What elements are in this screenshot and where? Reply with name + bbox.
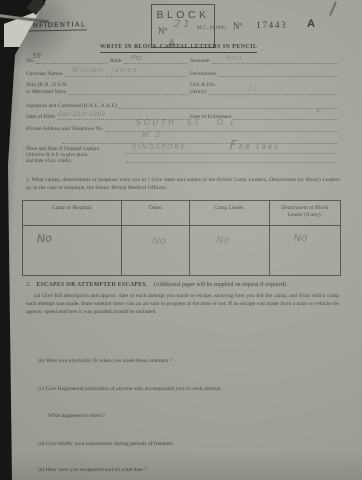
handwritten-christian-names: William James: [72, 66, 137, 74]
table-cell-camp-leader: No: [189, 226, 268, 275]
address-field-line2: [62, 137, 338, 144]
serial-no-label: Nº: [233, 21, 242, 31]
col-header-camp-leader: Camp Leader.: [189, 201, 268, 226]
handwritten-no: No: [152, 235, 166, 248]
handwritten-address-line1: SOUTH ST O L: [136, 118, 238, 127]
col-header-detachment-leader: Detachment or Block Leader (if any).: [269, 201, 340, 226]
section-2-heading: 2.ESCAPES OR ATTEMPTED ESCAPES.(Addition…: [26, 282, 288, 288]
christian-names-label: Christian Names: [26, 71, 63, 77]
surname-label: Surname: [190, 58, 210, 64]
question-2b: (b) Were you physically fit when you mad…: [38, 358, 172, 364]
handwritten-surname: Reid: [226, 54, 242, 62]
capture-label-line3: and date of a/c crash).: [26, 158, 72, 164]
question-2d: (d) Give briefly your experiences during…: [38, 441, 174, 447]
question-2a: (a) Give full description and approx. da…: [26, 293, 339, 316]
enlistment-field: [234, 113, 338, 120]
question-2c: (c) Give Regimental particulars of anyon…: [38, 386, 222, 392]
mc-reference-label: M.C. F(JAP): [197, 26, 226, 31]
handwritten-unit: 2 L: [248, 86, 257, 93]
form-title: WRITE IN BLOCK CAPITAL LETTERS IN PENCIL: [100, 44, 257, 53]
decorations-label: Decorations: [190, 71, 217, 77]
serial-number: 17443: [256, 21, 287, 31]
table-cell-detachment-leader: No: [269, 226, 340, 275]
handwritten-capture-place: SINGAPORE: [132, 143, 186, 151]
no-field: [36, 57, 108, 64]
unit-field: [209, 88, 339, 95]
section-2-title: ESCAPES OR ATTEMPTED ESCAPES.: [36, 282, 147, 288]
handwritten-form-number: 59: [32, 52, 41, 60]
handwritten-no: No: [37, 231, 53, 246]
camps-table: Camp or Hospital. Dates. Camp Leader. De…: [22, 200, 341, 276]
section-2-note: (Additional paper will be supplied on re…: [154, 282, 288, 288]
handwritten-date-of-birth: Dec 21st 1902: [58, 110, 105, 118]
handwritten-letter-a: A: [167, 38, 175, 50]
capture-field-line2: [125, 156, 338, 163]
handwritten-enlistment-mark: *: [316, 108, 320, 116]
squadron-field: [119, 102, 338, 109]
handwritten-no: No: [216, 235, 229, 247]
ship-field: [68, 88, 188, 95]
question-2e: (e) How were you recaptured and on what …: [38, 467, 147, 473]
handwritten-rank: Pte: [131, 54, 142, 62]
table-cell-dates: No: [121, 226, 189, 275]
question-2c-followup: What happened to them ?: [48, 413, 105, 419]
block-stamp-no-label: Nº: [158, 26, 167, 36]
question-1: 1. What camps, detachments or hospitals …: [26, 177, 340, 193]
rank-label: Rank: [110, 58, 122, 64]
row-squadron: Squadron and Command (R.A.F., A.A.F.): [26, 102, 340, 109]
row-no-rank-surname: No. Rank Surname: [26, 57, 340, 64]
handwritten-no: No: [294, 232, 308, 245]
table-cell-camp: No: [23, 226, 121, 275]
row-address-continued: [60, 137, 340, 144]
dob-label: Date of Birth: [26, 114, 55, 120]
unit-label-line2: (Army): [190, 89, 207, 95]
paper: CONFIDENTIAL BLOCK Nº 21 A M.C. F(JAP) N…: [0, 0, 362, 480]
address-label: Private Address and Telephone No.: [26, 126, 104, 132]
col-header-camp: Camp or Hospital.: [23, 201, 121, 226]
squadron-label: Squadron and Command (R.A.F., A.A.F.): [26, 103, 117, 109]
col-header-dates: Dates.: [121, 201, 189, 226]
ship-label-line2: or Merchant Navy: [26, 89, 66, 95]
decorations-field: [219, 70, 338, 77]
serial-suffix-letter: A: [307, 18, 315, 30]
handwritten-address-line2: W. 2: [142, 131, 159, 139]
handwritten-capture-date: FEB 1942: [230, 138, 280, 152]
pow-form-photo: CONFIDENTIAL BLOCK Nº 21 A M.C. F(JAP) N…: [0, 0, 362, 480]
row-ship-unit: Ship (R.N., U.S.N. or Merchant Navy Unit…: [26, 82, 340, 95]
section-2-number: 2.: [26, 282, 30, 288]
handwritten-block-number: 21: [174, 19, 193, 30]
